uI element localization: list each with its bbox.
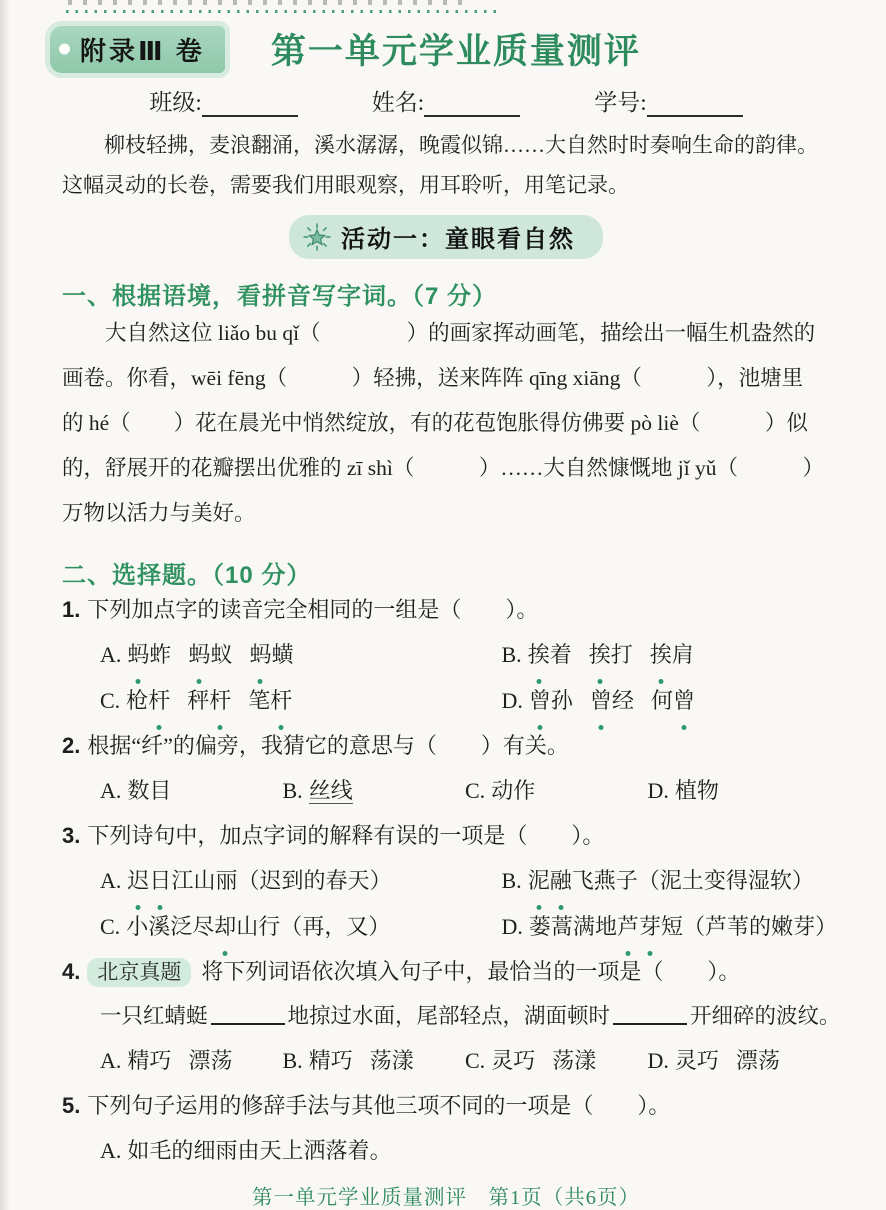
option-char: 满	[573, 904, 595, 950]
option-label: B.	[283, 778, 303, 803]
option-char: 却	[214, 904, 236, 950]
option-char: 芽	[639, 904, 661, 950]
option-char: 蚂	[127, 632, 149, 678]
option-char: 着	[550, 632, 572, 678]
student-id-field-blank[interactable]	[647, 91, 743, 117]
option-char: 灵	[675, 1038, 697, 1084]
option-char: 燕	[594, 858, 616, 904]
option-char: 巧	[149, 1038, 171, 1084]
class-field-label: 班级:	[149, 84, 201, 117]
option-char: 细	[193, 1128, 215, 1174]
option-char: 曾	[529, 678, 551, 724]
option-word: 精巧	[309, 1048, 353, 1073]
option-char: 丝	[309, 768, 331, 814]
option-word: 蚂蟥	[249, 642, 293, 667]
pinyin-line: 大自然这位 liǎo bu qǐ（ ）的画家挥动画笔，描绘出一幅生机盎然的	[62, 311, 830, 356]
option-char: 蚂	[188, 632, 210, 678]
question-2: 2.根据“纤”的偏旁，我猜它的意思与（ ）有关。A.数目B.丝线C.动作D.植物	[62, 724, 830, 814]
options: A.精巧漂荡B.精巧荡漾C.灵巧荡漾D.灵巧漂荡	[62, 1038, 830, 1084]
question-text: 下列诗句中，加点字词的解释有误的一项是（ ）。	[87, 823, 604, 848]
option-char: 线	[331, 768, 353, 814]
dotted-divider	[66, 10, 498, 13]
option-char: （	[638, 858, 660, 904]
option-label: D.	[502, 914, 523, 939]
fill-blank[interactable]	[211, 1002, 285, 1026]
question-text: 将下列词语依次填入句子中，最恰当的一项是（ ）。	[201, 959, 740, 984]
option-char: 杆	[148, 678, 170, 724]
question-5: 5.下列句子运用的修辞手法与其他三项不同的一项是（ ）。A.如毛的细雨由天上洒落…	[62, 1084, 830, 1174]
option-word: 丝线	[309, 778, 353, 804]
option-label: A.	[100, 1138, 121, 1163]
sentence-text: 开细碎的波纹。	[690, 1004, 841, 1028]
option-C: C.小溪泛尽却山行（再，又）	[100, 904, 502, 950]
option-C: C.灵巧荡漾	[465, 1038, 648, 1084]
option-char: ，	[324, 904, 346, 950]
pinyin-line: 的，舒展开的花瓣摆出优雅的 zī shì（ ）……大自然慷慨地 jǐ yǔ（ ）	[62, 446, 830, 491]
option-char: 变	[704, 858, 726, 904]
option-word: 挨着	[528, 642, 572, 667]
page-title: 第一单元学业质量测评	[271, 24, 641, 74]
option-char: 荡	[370, 1038, 392, 1084]
option-char: 天	[348, 858, 370, 904]
option-label: B.	[502, 642, 522, 667]
option-B: B.泥融飞燕子（泥土变得湿软）	[502, 858, 831, 904]
option-char: 融	[550, 858, 572, 904]
option-label: A.	[100, 1048, 121, 1073]
option-C: C.枪杆秤杆笔杆	[100, 678, 502, 724]
option-word: 泥融飞燕子（泥土变得湿软）	[528, 868, 814, 893]
option-char: 漾	[392, 1038, 414, 1084]
option-char: 泛	[170, 904, 192, 950]
option-word: 如毛的细雨由天上洒落着。	[127, 1138, 391, 1163]
question-stem: 5.下列句子运用的修辞手法与其他三项不同的一项是（ ）。	[62, 1084, 830, 1128]
activity-banner: 活动一：童眼看自然	[289, 215, 603, 259]
option-word: 荡漾	[370, 1048, 414, 1073]
option-char: 挨	[528, 632, 550, 678]
option-char: 动	[491, 768, 513, 814]
option-A: A.蚂蚱蚂蚁蚂蟥	[100, 632, 502, 678]
question-sentence: 一只红蜻蜓地掠过水面，尾部轻点，湖面顿时开细碎的波纹。	[62, 994, 830, 1038]
pinyin-line: 的 hé（ ）花在晨光中悄然绽放，有的花苞饱胀得仿佛要 pò liè（ ）似	[62, 401, 830, 446]
pinyin-line: 画卷。你看，wēi fēng（ ）轻拂，送来阵阵 qīng xiāng（ ），池…	[62, 356, 830, 401]
fill-blank[interactable]	[613, 1002, 687, 1026]
option-char: 行	[258, 904, 280, 950]
option-char: 迟	[127, 858, 149, 904]
option-char: 如	[127, 1128, 149, 1174]
student-id-field: 学号:	[594, 84, 742, 117]
option-char: 天	[259, 1128, 281, 1174]
option-char: 枪	[126, 678, 148, 724]
option-char: 精	[309, 1038, 331, 1084]
option-char: 江	[171, 858, 193, 904]
option-char: 杆	[209, 678, 231, 724]
class-field-blank[interactable]	[202, 91, 298, 117]
option-char: 目	[149, 768, 171, 814]
option-char: 再	[302, 904, 324, 950]
option-char: 荡	[552, 1038, 574, 1084]
option-char: 漂	[736, 1038, 758, 1084]
appendix-badge: 附录Ⅲ 卷	[50, 26, 225, 73]
sentence-text: 一只红蜻蜓	[100, 1004, 208, 1028]
page-footer: 第一单元学业质量测评 第1页（共6页）	[62, 1180, 830, 1210]
activity-title: 活动一：童眼看自然	[341, 219, 575, 254]
option-char: 山	[193, 858, 215, 904]
option-char: 数	[127, 768, 149, 814]
question-number: 3.	[62, 823, 80, 848]
option-char: 芦	[617, 904, 639, 950]
option-char: 挨	[650, 632, 672, 678]
question-number: 5.	[62, 1093, 80, 1118]
option-char: 蚁	[210, 632, 232, 678]
option-char: 山	[236, 904, 258, 950]
option-word: 动作	[491, 778, 535, 803]
option-label: C.	[465, 778, 485, 803]
student-id-field-label: 学号:	[594, 84, 646, 117]
option-char: 湿	[748, 858, 770, 904]
option-char: 苇	[727, 904, 749, 950]
option-D: D.蒌蒿满地芦芽短（芦苇的嫩芽）	[502, 904, 831, 950]
option-word: 挨肩	[650, 642, 694, 667]
option-char: 巧	[513, 1038, 535, 1084]
option-char: 日	[149, 858, 171, 904]
option-char: 的	[749, 904, 771, 950]
option-char: 漾	[574, 1038, 596, 1084]
option-B: B.丝线	[283, 768, 466, 814]
options: A.蚂蚱蚂蚁蚂蟥B.挨着挨打挨肩C.枪杆秤杆笔杆D.曾孙曾经何曾	[62, 632, 830, 724]
option-char: 。	[370, 1128, 392, 1174]
option-char: 春	[326, 858, 348, 904]
starburst-icon	[303, 223, 331, 251]
option-char: 软	[770, 858, 792, 904]
option-B: B.挨着挨打挨肩	[502, 632, 831, 678]
page-header: 附录Ⅲ 卷 第一单元学业质量测评	[62, 24, 830, 74]
option-B: B.精巧荡漾	[283, 1038, 466, 1084]
options: A.迟日江山丽（迟到的春天）B.泥融飞燕子（泥土变得湿软）C.小溪泛尽却山行（再…	[62, 858, 830, 950]
option-char: 毛	[149, 1128, 171, 1174]
option-char: 到	[282, 858, 304, 904]
intro-line: 这幅灵动的长卷，需要我们用眼观察，用耳聆听，用笔记录。	[62, 165, 830, 205]
option-char: 的	[304, 858, 326, 904]
questions: 1.下列加点字的读音完全相同的一组是（ ）。A.蚂蚱蚂蚁蚂蟥B.挨着挨打挨肩C.…	[62, 588, 830, 1174]
option-char: 挨	[589, 632, 611, 678]
option-char: ）	[370, 858, 392, 904]
option-char: 作	[513, 768, 535, 814]
option-char: 由	[237, 1128, 259, 1174]
option-char: （	[683, 904, 705, 950]
option-char: 巧	[697, 1038, 719, 1084]
question-stem: 4.北京真题将下列词语依次填入句子中，最恰当的一项是（ ）。	[62, 950, 830, 994]
option-word: 蚂蚱	[127, 642, 171, 667]
option-char: 蒌	[529, 904, 551, 950]
option-char: 迟	[259, 858, 281, 904]
cut-off-text-remnant	[68, 0, 468, 5]
option-word: 迟日江山丽（迟到的春天）	[127, 868, 391, 893]
option-C: C.动作	[465, 768, 648, 814]
options: A.如毛的细雨由天上洒落着。	[62, 1128, 830, 1174]
test-paper-page: 附录Ⅲ 卷 第一单元学业质量测评 班级: 姓名: 学号: 柳枝轻拂，麦浪翻涌，溪…	[0, 0, 886, 1210]
option-char: 灵	[491, 1038, 513, 1084]
options: A.数目B.丝线C.动作D.植物	[62, 768, 830, 814]
option-char: 打	[611, 632, 633, 678]
option-char: 曾	[673, 678, 695, 724]
option-char: 精	[127, 1038, 149, 1084]
option-char: 曾	[590, 678, 612, 724]
option-label: D.	[502, 688, 523, 713]
pinyin-line: 万物以活力与美好。	[62, 491, 830, 536]
option-label: A.	[100, 868, 121, 893]
option-word: 曾经	[590, 688, 634, 713]
option-label: C.	[100, 914, 120, 939]
option-char: 何	[651, 678, 673, 724]
option-char: 蒿	[551, 904, 573, 950]
cropped-header-remnant	[62, 0, 830, 16]
option-D: D.灵巧漂荡	[648, 1038, 831, 1084]
option-A: A.精巧漂荡	[100, 1038, 283, 1084]
option-word: 曾孙	[529, 688, 573, 713]
option-char: 芦	[705, 904, 727, 950]
question-3: 3.下列诗句中，加点字词的解释有误的一项是（ ）。A.迟日江山丽（迟到的春天）B…	[62, 814, 830, 950]
source-tag: 北京真题	[87, 958, 191, 987]
option-word: 植物	[675, 778, 719, 803]
option-char: 泥	[660, 858, 682, 904]
option-word: 灵巧	[675, 1048, 719, 1073]
option-char: 秤	[187, 678, 209, 724]
option-A: A.迟日江山丽（迟到的春天）	[100, 858, 502, 904]
option-char: 得	[726, 858, 748, 904]
option-label: C.	[465, 1048, 485, 1073]
option-char: ）	[368, 904, 390, 950]
appendix-badge-label: 附录Ⅲ 卷	[80, 36, 205, 66]
option-char: 巧	[331, 1038, 353, 1084]
class-field: 班级:	[149, 84, 297, 117]
section-2-heading: 二、选择题。（10 分）	[62, 555, 830, 588]
option-word: 蒌蒿满地芦芽短（芦苇的嫩芽）	[529, 914, 837, 939]
option-label: D.	[648, 778, 669, 803]
option-char: 土	[682, 858, 704, 904]
student-info-row: 班级: 姓名: 学号:	[62, 87, 830, 117]
option-char: 地	[595, 904, 617, 950]
name-field: 姓名:	[372, 84, 520, 117]
option-label: C.	[100, 688, 120, 713]
option-char: 上	[282, 1128, 304, 1174]
option-char: 尽	[192, 904, 214, 950]
option-word: 挨打	[589, 642, 633, 667]
option-word: 灵巧	[491, 1048, 535, 1073]
option-word: 漂荡	[736, 1048, 780, 1073]
option-word: 漂荡	[188, 1048, 232, 1073]
option-char: 洒	[304, 1128, 326, 1174]
option-char: 笔	[248, 678, 270, 724]
option-word: 小溪泛尽却山行（再，又）	[126, 914, 390, 939]
option-char: 漂	[188, 1038, 210, 1084]
intro-line: 柳枝轻拂，麦浪翻涌，溪水潺潺，晚霞似锦……大自然时时奏响生命的韵律。	[62, 125, 830, 165]
option-char: 荡	[758, 1038, 780, 1084]
option-char: ）	[792, 858, 814, 904]
question-stem: 1.下列加点字的读音完全相同的一组是（ ）。	[62, 588, 830, 632]
option-char: 荡	[210, 1038, 232, 1084]
question-stem: 2.根据“纤”的偏旁，我猜它的意思与（ ）有关。	[62, 724, 830, 768]
option-char: （	[280, 904, 302, 950]
option-label: B.	[283, 1048, 303, 1073]
option-word: 何曾	[651, 688, 695, 713]
option-label: B.	[502, 868, 522, 893]
option-word: 蚂蚁	[188, 642, 232, 667]
option-word: 秤杆	[187, 688, 231, 713]
option-char: 孙	[551, 678, 573, 724]
question-text: 根据“纤”的偏旁，我猜它的意思与（ ）有关。	[87, 733, 569, 758]
option-word: 精巧	[127, 1048, 171, 1073]
tag-hole-icon	[59, 44, 70, 55]
option-char: 雨	[215, 1128, 237, 1174]
option-A: A.数目	[100, 768, 283, 814]
option-char: 的	[171, 1128, 193, 1174]
option-label: D.	[648, 1048, 669, 1073]
option-label: A.	[100, 642, 121, 667]
section-1-heading: 一、根据语境，看拼音写字词。（7 分）	[62, 276, 830, 309]
question-text: 下列句子运用的修辞手法与其他三项不同的一项是（ ）。	[87, 1093, 670, 1118]
option-char: ）	[815, 904, 837, 950]
option-char: 子	[616, 858, 638, 904]
option-word: 笔杆	[248, 688, 292, 713]
option-char: 着	[348, 1128, 370, 1174]
question-4: 4.北京真题将下列词语依次填入句子中，最恰当的一项是（ ）。一只红蜻蜓地掠过水面…	[62, 950, 830, 1084]
option-char: 溪	[148, 904, 170, 950]
option-char: 蚱	[149, 632, 171, 678]
question-stem: 3.下列诗句中，加点字词的解释有误的一项是（ ）。	[62, 814, 830, 858]
sentence-text: 地掠过水面，尾部轻点，湖面顿时	[288, 1004, 611, 1028]
question-number: 2.	[62, 733, 80, 758]
option-word: 荡漾	[552, 1048, 596, 1073]
option-char: 经	[612, 678, 634, 724]
name-field-label: 姓名:	[372, 84, 424, 117]
question-text: 下列加点字的读音完全相同的一组是（ ）。	[87, 597, 538, 622]
question-number: 4.	[62, 959, 80, 984]
option-char: 嫩	[771, 904, 793, 950]
question-number: 1.	[62, 597, 80, 622]
name-field-blank[interactable]	[424, 91, 520, 117]
question-1: 1.下列加点字的读音完全相同的一组是（ ）。A.蚂蚱蚂蚁蚂蟥B.挨着挨打挨肩C.…	[62, 588, 830, 724]
option-char: 杆	[270, 678, 292, 724]
option-char: 肩	[672, 632, 694, 678]
pinyin-fill-paragraph: 大自然这位 liǎo bu qǐ（ ）的画家挥动画笔，描绘出一幅生机盎然的 画卷…	[62, 311, 830, 536]
option-char: 物	[697, 768, 719, 814]
option-char: 泥	[528, 858, 550, 904]
intro-paragraph: 柳枝轻拂，麦浪翻涌，溪水潺潺，晚霞似锦……大自然时时奏响生命的韵律。 这幅灵动的…	[62, 125, 830, 205]
option-label: A.	[100, 778, 121, 803]
option-char: 落	[326, 1128, 348, 1174]
option-char: 小	[126, 904, 148, 950]
option-char: 蚂	[249, 632, 271, 678]
option-D: D.曾孙曾经何曾	[502, 678, 831, 724]
option-char: 丽	[215, 858, 237, 904]
option-D: D.植物	[648, 768, 831, 814]
option-word: 枪杆	[126, 688, 170, 713]
option-A: A.如毛的细雨由天上洒落着。	[100, 1128, 830, 1174]
option-char: 短	[661, 904, 683, 950]
option-char: （	[237, 858, 259, 904]
option-char: 又	[346, 904, 368, 950]
option-char: 蟥	[271, 632, 293, 678]
option-word: 数目	[127, 778, 171, 803]
option-char: 芽	[793, 904, 815, 950]
option-char: 植	[675, 768, 697, 814]
option-char: 飞	[572, 858, 594, 904]
